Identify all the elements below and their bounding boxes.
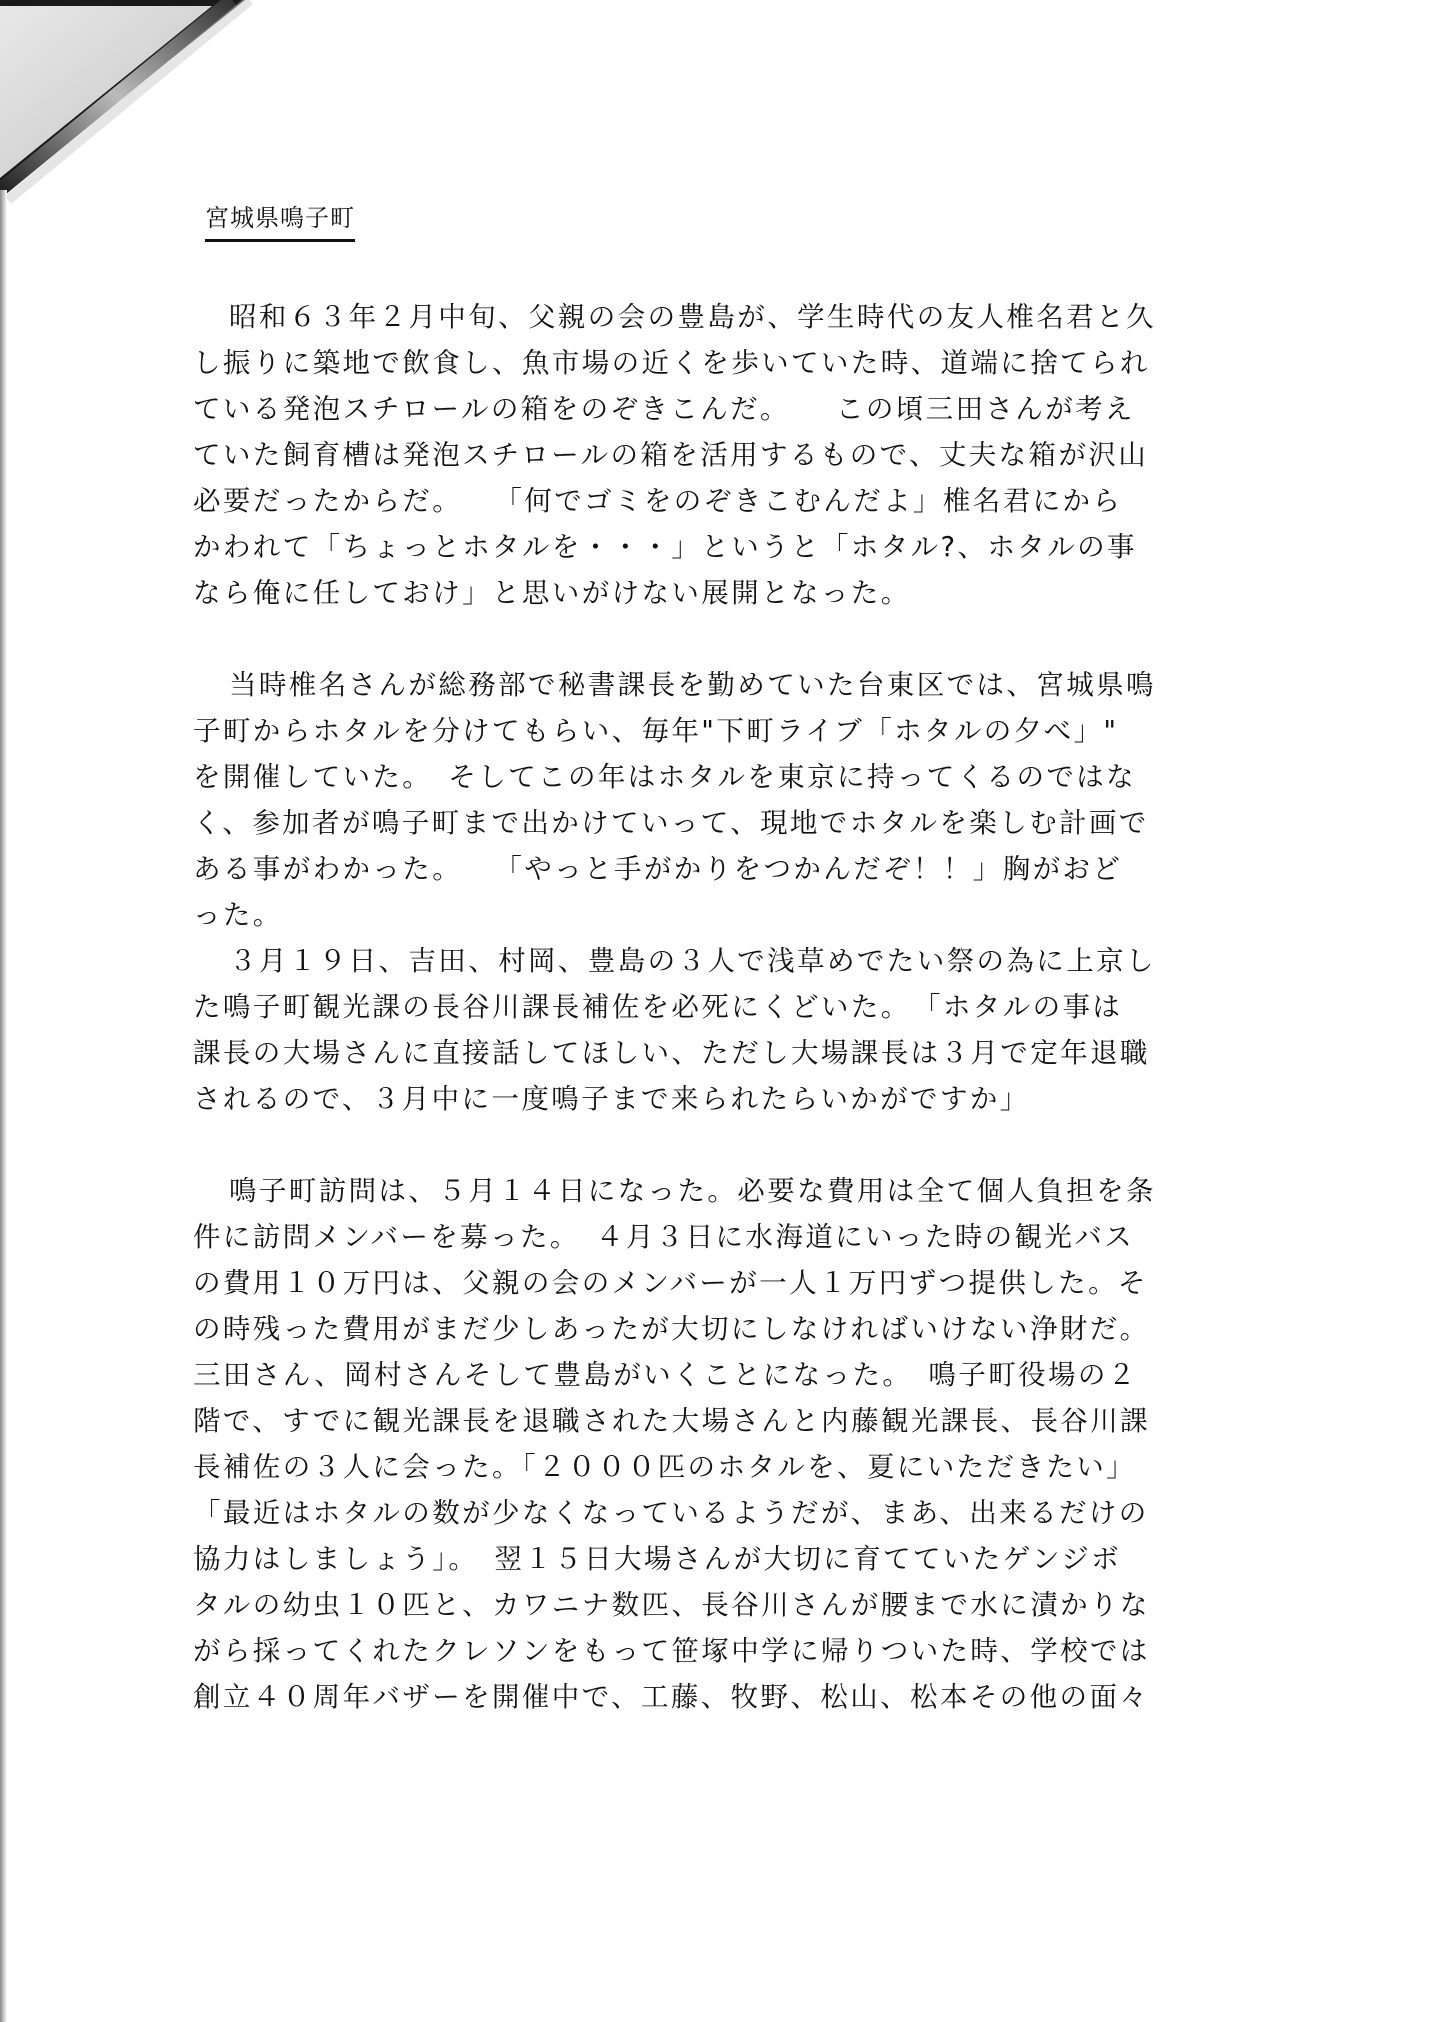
paragraph-2: 当時椎名さんが総務部で秘書課長を勤めていた台東区では、宮城県鳴 子町からホタルを… — [193, 662, 1193, 938]
paragraph-spacer — [193, 1122, 1193, 1168]
text-line: 三田さん、岡村さんそして豊島がいくことになった。 鳴子町役場の２ — [193, 1352, 1193, 1398]
scan-left-edge — [0, 190, 7, 2022]
text-line: タルの幼虫１０匹と、カワニナ数匹、長谷川さんが腰まで水に漬かりな — [193, 1582, 1193, 1628]
text-line: の費用１０万円は、父親の会のメンバーが一人１万円ずつ提供した。そ — [193, 1260, 1193, 1306]
text-line: ある事がわかった。 「やっと手がかりをつかんだぞ！！」胸がおど — [193, 846, 1193, 892]
text-line: 長補佐の３人に会った。「２０００匹のホタルを、夏にいただきたい」 — [193, 1444, 1193, 1490]
text-line: なら俺に任しておけ」と思いがけない展開となった。 — [193, 570, 1193, 616]
text-line: った。 — [193, 892, 1193, 938]
text-line: 協力はしましょう」。 翌１５日大場さんが大切に育てていたゲンジボ — [193, 1536, 1193, 1582]
paragraph-spacer — [193, 616, 1193, 662]
text-line: 必要だったからだ。 「何でゴミをのぞきこむんだよ」椎名君にから — [193, 478, 1193, 524]
section-heading: 宮城県鳴子町 — [205, 198, 355, 242]
text-line: かわれて「ちょっとホタルを・・・」というと「ホタル?、ホタルの事 — [193, 524, 1193, 570]
text-line: がら採ってくれたクレソンをもって笹塚中学に帰りついた時、学校では — [193, 1628, 1193, 1674]
text-line: されるので、３月中に一度鳴子まで来られたらいかがですか」 — [193, 1076, 1193, 1122]
document-body: 宮城県鳴子町 昭和６３年２月中旬、父親の会の豊島が、学生時代の友人椎名君と久 し… — [193, 198, 1193, 1720]
text-line: 子町からホタルを分けてもらい、毎年"下町ライブ「ホタルの夕べ」" — [193, 708, 1193, 754]
paragraph-1: 昭和６３年２月中旬、父親の会の豊島が、学生時代の友人椎名君と久 し振りに築地で飲… — [193, 294, 1193, 616]
text-line: 昭和６３年２月中旬、父親の会の豊島が、学生時代の友人椎名君と久 — [193, 294, 1193, 340]
text-line: し振りに築地で飲食し、魚市場の近くを歩いていた時、道端に捨てられ — [193, 340, 1193, 386]
text-line: の時残った費用がまだ少しあったが大切にしなければいけない浄財だ。 — [193, 1306, 1193, 1352]
page-curl-shadow — [0, 0, 300, 210]
text-line: を開催していた。 そしてこの年はホタルを東京に持ってくるのではな — [193, 754, 1193, 800]
paragraph-3: ３月１９日、吉田、村岡、豊島の３人で浅草めでたい祭の為に上京し た鳴子町観光課の… — [193, 938, 1193, 1122]
text-line: 階で、すでに観光課長を退職された大場さんと内藤観光課長、長谷川課 — [193, 1398, 1193, 1444]
text-line: ている発泡スチロールの箱をのぞきこんだ。 この頃三田さんが考え — [193, 386, 1193, 432]
text-line: 課長の大場さんに直接話してほしい、ただし大場課長は３月で定年退職 — [193, 1030, 1193, 1076]
text-line: ていた飼育槽は発泡スチロールの箱を活用するもので、丈夫な箱が沢山 — [193, 432, 1193, 478]
text-line: ３月１９日、吉田、村岡、豊島の３人で浅草めでたい祭の為に上京し — [193, 938, 1193, 984]
text-line: 鳴子町訪問は、５月１４日になった。必要な費用は全て個人負担を条 — [193, 1168, 1193, 1214]
text-line: 創立４０周年バザーを開催中で、工藤、牧野、松山、松本その他の面々 — [193, 1674, 1193, 1720]
paragraph-4: 鳴子町訪問は、５月１４日になった。必要な費用は全て個人負担を条 件に訪問メンバー… — [193, 1168, 1193, 1720]
text-line: 当時椎名さんが総務部で秘書課長を勤めていた台東区では、宮城県鳴 — [193, 662, 1193, 708]
text-line: く、参加者が鳴子町まで出かけていって、現地でホタルを楽しむ計画で — [193, 800, 1193, 846]
text-line: た鳴子町観光課の長谷川課長補佐を必死にくどいた。 「ホタルの事は — [193, 984, 1193, 1030]
text-line: 「最近はホタルの数が少なくなっているようだが、まあ、出来るだけの — [193, 1490, 1193, 1536]
text-line: 件に訪問メンバーを募った。 ４月３日に水海道にいった時の観光バス — [193, 1214, 1193, 1260]
